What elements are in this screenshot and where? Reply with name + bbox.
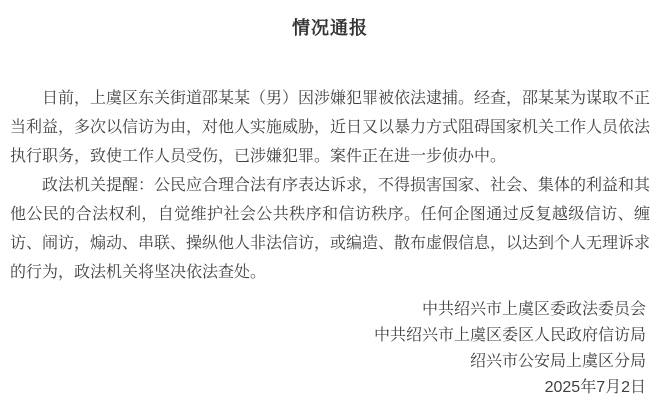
- signature-date: 2025年7月2日: [10, 375, 646, 400]
- signature-org-3: 绍兴市公安局上虞区分局: [10, 349, 646, 375]
- notice-title: 情况通报: [10, 16, 650, 40]
- notice-document: 情况通报 日前，上虞区东关街道邵某某（男）因涉嫌犯罪被依法逮捕。经查，邵某某为谋…: [0, 0, 660, 400]
- notice-paragraph-2: 政法机关提醒：公民应合理合法有序表达诉求，不得损害国家、社会、集体的利益和其他公…: [10, 171, 650, 287]
- notice-signature-block: 中共绍兴市上虞区委政法委员会 中共绍兴市上虞区委区人民政府信访局 绍兴市公安局上…: [10, 297, 650, 400]
- notice-paragraph-1: 日前，上虞区东关街道邵某某（男）因涉嫌犯罪被依法逮捕。经查，邵某某为谋取不正当利…: [10, 84, 650, 171]
- signature-org-1: 中共绍兴市上虞区委政法委员会: [10, 297, 646, 323]
- notice-body: 日前，上虞区东关街道邵某某（男）因涉嫌犯罪被依法逮捕。经查，邵某某为谋取不正当利…: [10, 84, 650, 287]
- signature-org-2: 中共绍兴市上虞区委区人民政府信访局: [10, 323, 646, 349]
